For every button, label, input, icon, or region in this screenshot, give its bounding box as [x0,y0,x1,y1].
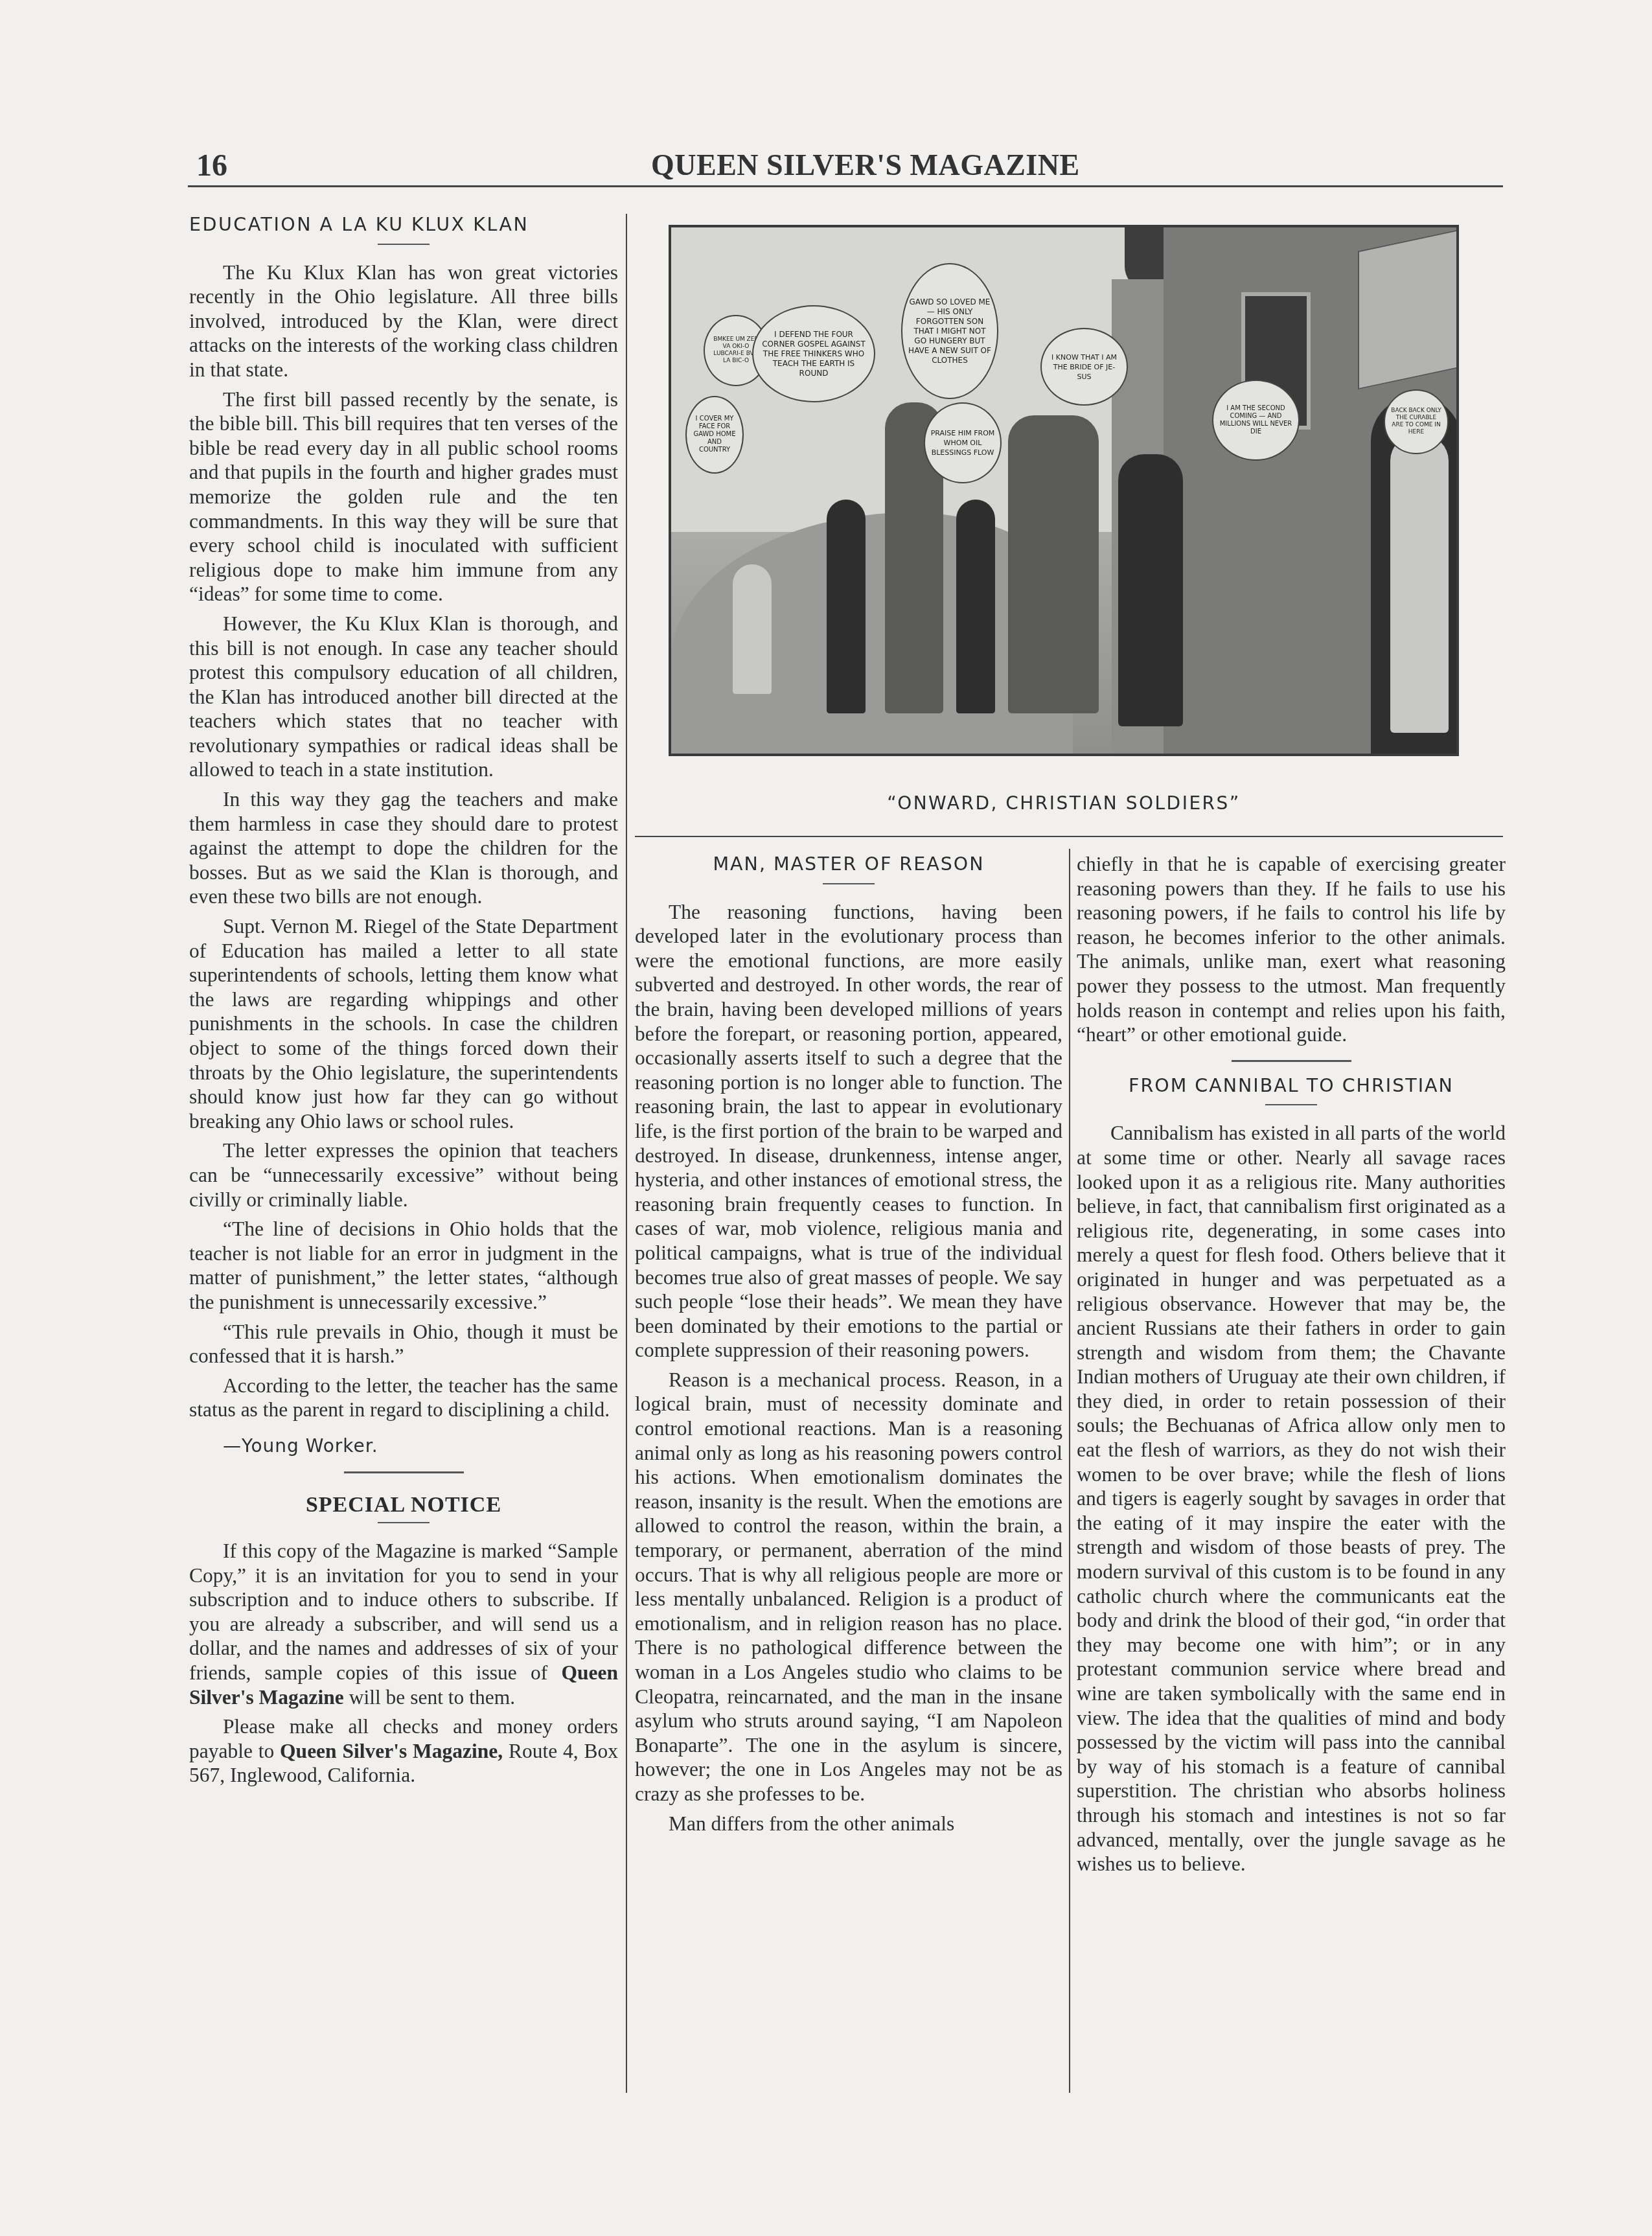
cartoon-figure [1008,415,1099,713]
speech-balloon: I cover my face for Gawd home and countr… [685,396,744,474]
special-notice-paragraph: If this copy of the Magazine is marked “… [189,1539,618,1709]
paragraph: The letter expresses the opinion that te… [189,1138,618,1212]
paragraph: The first bill passed recently by the se… [189,387,618,606]
speech-balloon: I know that I am the bride of Je-sus [1040,328,1128,406]
speech-balloon: Praise him from whom oil blessings flow [924,402,1002,483]
publication-title: QUEEN SILVER'S MAGAZINE [651,148,1080,182]
magazine-name: Queen Silver's Magazine, [280,1740,503,1762]
paragraph: Reason is a mechanical process. Reason, … [635,1368,1062,1806]
column-rule-left [626,214,627,2093]
paragraph: “This rule prevails in Ohio, though it m… [189,1320,618,1368]
paragraph: “The line of decisions in Ohio holds tha… [189,1217,618,1314]
speech-balloon: Back back only the curable are to come i… [1384,389,1449,454]
special-notice-title: SPECIAL NOTICE [189,1493,618,1517]
paragraph: In this way they gag the teachers and ma… [189,787,618,909]
speech-balloon: Gawd so loved me — his only forgotten so… [901,263,998,399]
title-rule [823,883,875,884]
title-rule [378,1522,430,1523]
cartoon-figure [1390,435,1449,733]
title-rule [378,244,430,245]
speech-balloon: I defend the four corner gospel against … [752,305,875,402]
section-divider [1232,1060,1351,1062]
cartoon-bottom-rule [635,836,1503,837]
cartoon-figure [827,500,866,713]
cartoon-figure [733,564,772,694]
article-title-reason: MAN, MASTER OF REASON [635,852,1062,877]
byline: —Young Worker. [189,1434,618,1458]
paragraph: Man differs from the other animals [635,1812,1062,1836]
paragraph: The reasoning functions, having been dev… [635,900,1062,1363]
cartoon-illustration: Bmkee um zeb va oki-o lubcari-e bvo la b… [669,225,1459,756]
paragraph: Cannibalism has existed in all parts of … [1077,1121,1506,1876]
article-title-cannibal: FROM CANNIBAL TO CHRISTIAN [1077,1074,1506,1098]
cartoon-figure [1118,454,1183,726]
column-right: chiefly in that he is capable of exercis… [1077,852,1506,1882]
special-notice-paragraph: Please make all checks and money orders … [189,1714,618,1788]
paragraph-continuation: chiefly in that he is capable of exercis… [1077,852,1506,1047]
header-rule [188,185,1503,187]
cartoon-caption: “ONWARD, CHRISTIAN SOLDIERS” [669,792,1459,814]
column-middle: MAN, MASTER OF REASON The reasoning func… [635,852,1062,1841]
column-left: EDUCATION A LA KU KLUX KLAN The Ku Klux … [189,213,618,1793]
page-number: 16 [196,148,227,183]
speech-balloon: I am the second coming — and millions wi… [1212,380,1300,461]
text: will be sent to them. [344,1686,515,1709]
paragraph: However, the Ku Klux Klan is thorough, a… [189,612,618,782]
paragraph: According to the letter, the teacher has… [189,1374,618,1422]
column-rule-right [1069,849,1070,2093]
section-divider [344,1471,464,1473]
paragraph: The Ku Klux Klan has won great victories… [189,260,618,382]
article-title-kkk: EDUCATION A LA KU KLUX KLAN [189,213,618,237]
cartoon-figure [956,500,995,713]
title-rule [1265,1104,1317,1105]
paragraph: Supt. Vernon M. Riegel of the State Depa… [189,914,618,1133]
text: If this copy of the Magazine is marked “… [189,1539,618,1684]
cartoon-sign [1358,230,1458,390]
